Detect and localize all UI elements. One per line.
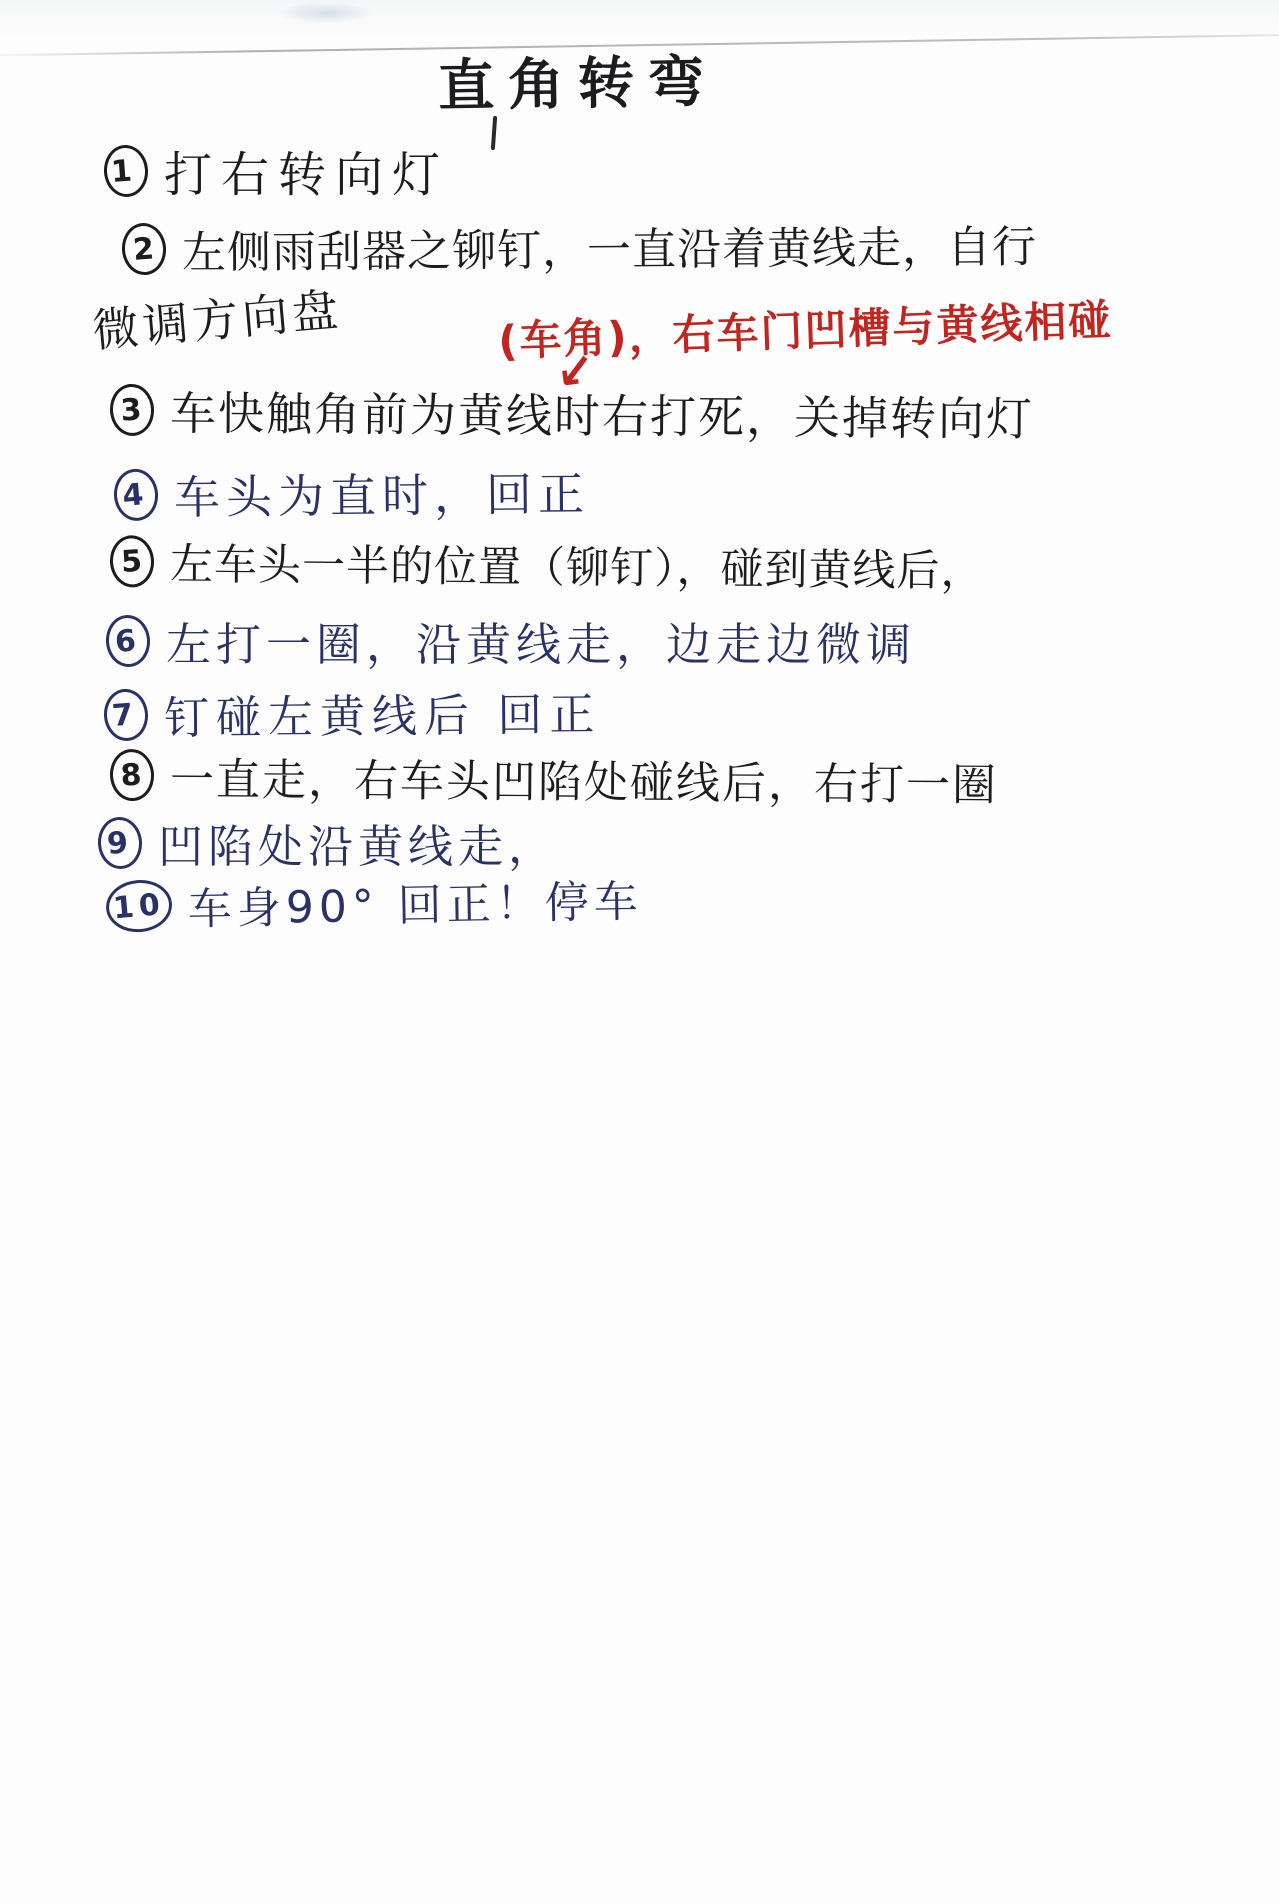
step-number-badge: 6 xyxy=(104,613,152,668)
note-line-5: 5 左车头一半的位置（铆钉），碰到黄线后， xyxy=(110,530,985,599)
step-text: 车头为直时，回正 xyxy=(174,458,591,528)
step-text: 凹陷处沿黄线走， xyxy=(158,810,558,875)
step-text: 钉碰左黄线后 回正 xyxy=(164,678,602,747)
step-number-badge: 7 xyxy=(102,687,150,742)
step-number-badge: 8 xyxy=(108,748,155,803)
note-line-2-continuation: 微调方向盘 xyxy=(90,273,345,361)
step-number-badge: 5 xyxy=(108,534,155,589)
ink-smudge xyxy=(278,2,374,24)
step-text: 左侧雨刮器之铆钉，一直沿着黄线走，自行 xyxy=(182,211,1037,281)
step-number-badge: 3 xyxy=(108,383,155,438)
step-number-badge: 1 xyxy=(102,143,150,198)
note-line-9: 9 凹陷处沿黄线走， xyxy=(98,810,558,875)
step-number-badge: 9 xyxy=(96,815,144,870)
handwritten-note-page: 直角转弯 1 打右转向灯 2 左侧雨刮器之铆钉，一直沿着黄线走，自行 微调方向盘… xyxy=(0,0,1279,1904)
note-line-2: 2 左侧雨刮器之铆钉，一直沿着黄线走，自行 xyxy=(122,211,1037,281)
note-line-7: 7 钉碰左黄线后 回正 xyxy=(104,678,602,747)
note-line-4: 4 车头为直时，回正 xyxy=(114,458,591,528)
note-line-6: 6 左打一圈，沿黄线走，边走边微调 xyxy=(106,608,916,673)
step-text: 左车头一半的位置（铆钉），碰到黄线后， xyxy=(170,531,985,599)
step-text: 车身90° 回正！停车 xyxy=(187,865,643,937)
step-text: 打右转向灯 xyxy=(164,136,449,205)
page-title: 直角转弯 xyxy=(437,38,718,123)
step-number-badge: 4 xyxy=(112,467,160,522)
note-line-1: 1 打右转向灯 xyxy=(104,136,449,205)
note-line-10: 10 车身90° 回正！停车 xyxy=(105,865,643,938)
step-text: 车快触角前为黄线时右打死，关掉转向灯 xyxy=(170,377,1034,449)
note-line-8: 8 一直走，右车头凹陷处碰线后，右打一圈 xyxy=(110,743,998,813)
note-line-3: 3 车快触角前为黄线时右打死，关掉转向灯 xyxy=(110,377,1034,449)
step-text: 左打一圈，沿黄线走，边走边微调 xyxy=(166,608,916,673)
step-number-badge: 10 xyxy=(104,877,174,935)
step-number-badge: 2 xyxy=(120,221,168,276)
paper-top-shadow xyxy=(0,0,1279,38)
step-text: 一直走，右车头凹陷处碰线后，右打一圈 xyxy=(170,743,998,813)
